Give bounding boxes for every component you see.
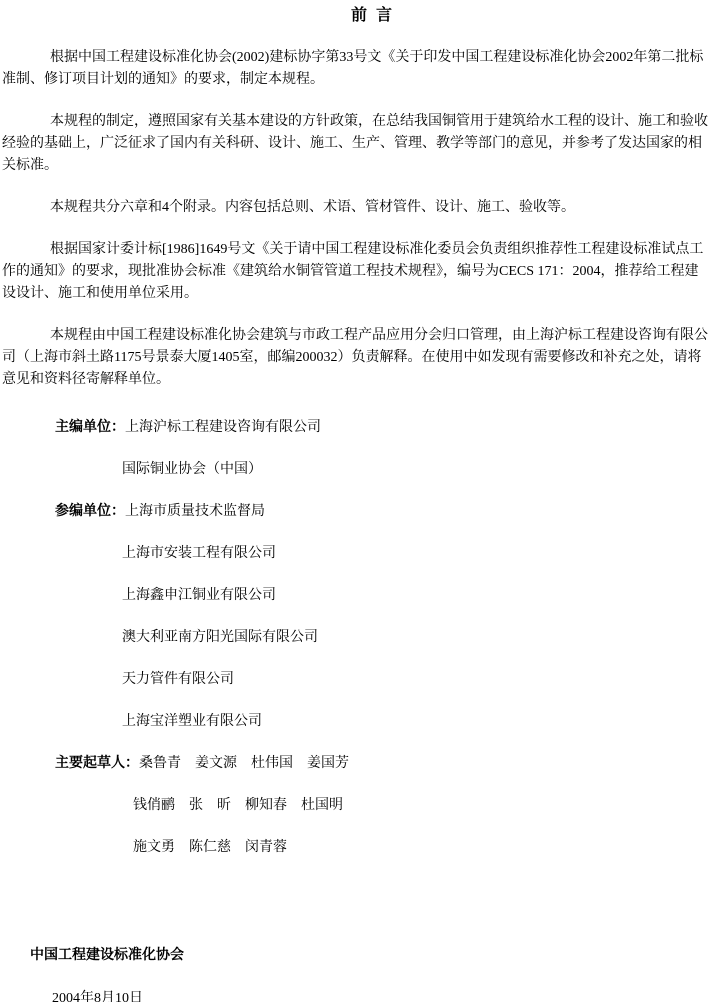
participants-line: 参编单位：上海市质量技术监督局	[55, 501, 709, 523]
footer-organization: 中国工程建设标准化协会	[30, 945, 709, 967]
drafters-row-1: 桑鲁青 姜文源 杜伟国 姜国芳	[139, 756, 349, 771]
chief-editor-unit-2: 国际铜业协会（中国）	[122, 459, 709, 481]
footer-date: 2004年8月10日	[52, 988, 709, 1002]
chief-editor-value: 上海沪标工程建设咨询有限公司	[125, 420, 321, 435]
drafters-row-3: 施文勇 陈仁慈 闵青蓉	[133, 837, 709, 859]
chief-editor-label: 主编单位：	[55, 420, 125, 435]
participant-unit-2: 上海市安装工程有限公司	[122, 543, 709, 565]
participant-unit-5: 天力管件有限公司	[122, 669, 709, 691]
preface-paragraph-2: 本规程的制定，遵照国家有关基本建设的方针政策，在总结我国铜管用于建筑给水工程的设…	[2, 111, 709, 177]
preface-paragraph-5: 本规程由中国工程建设标准化协会建筑与市政工程产品应用分会归口管理，由上海沪标工程…	[2, 325, 709, 391]
participants-label: 参编单位：	[55, 504, 125, 519]
preface-page: 前 言 根据中国工程建设标准化协会(2002)建标协字第33号文《关于印发中国工…	[0, 0, 717, 1002]
participant-unit-3: 上海鑫申江铜业有限公司	[122, 585, 709, 607]
preface-paragraph-1: 根据中国工程建设标准化协会(2002)建标协字第33号文《关于印发中国工程建设标…	[2, 47, 709, 91]
participant-unit-6: 上海宝洋塑业有限公司	[122, 711, 709, 733]
page-title: 前 言	[2, 5, 709, 27]
participant-unit-4: 澳大利亚南方阳光国际有限公司	[122, 627, 709, 649]
drafters-row-2: 钱俏鹂 张 昕 柳知春 杜国明	[133, 795, 709, 817]
drafters-label: 主要起草人：	[55, 756, 139, 771]
preface-paragraph-3: 本规程共分六章和4个附录。内容包括总则、术语、管材管件、设计、施工、验收等。	[2, 197, 709, 219]
preface-paragraph-4: 根据国家计委计标[1986]1649号文《关于请中国工程建设标准化委员会负责组织…	[2, 239, 709, 305]
chief-editor-line: 主编单位：上海沪标工程建设咨询有限公司	[55, 417, 709, 439]
participants-value: 上海市质量技术监督局	[125, 504, 265, 519]
drafters-line: 主要起草人：桑鲁青 姜文源 杜伟国 姜国芳	[55, 753, 709, 775]
